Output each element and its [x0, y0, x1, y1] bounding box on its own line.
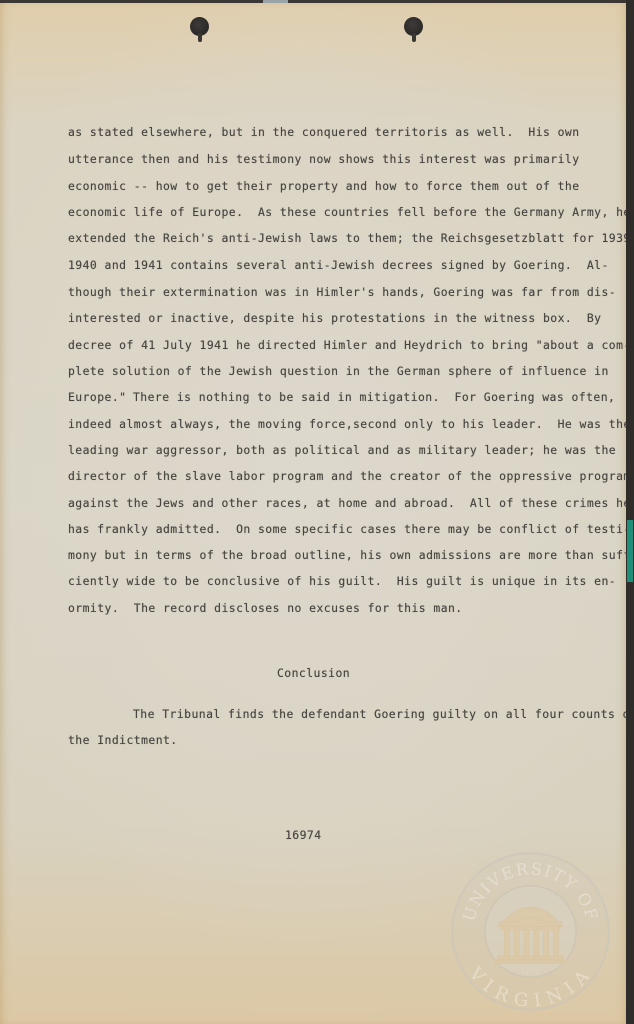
text-line: ormity. The record discloses no excuses … [68, 603, 463, 614]
text-line: though their extermination was in Himler… [68, 287, 616, 298]
text-line: director of the slave labor program and … [68, 471, 634, 482]
punch-hole-left [190, 17, 209, 36]
text-line: mony but in terms of the broad outline, … [68, 550, 634, 561]
text-line: ciently wide to be conclusive of his gui… [68, 576, 616, 587]
section-heading: Conclusion [277, 668, 350, 679]
seal-year: 1819 [521, 967, 540, 976]
university-seal-watermark: UNIVERSITY OF VIRGINIA 1819 [449, 850, 612, 1013]
scan-right-edge [626, 0, 634, 1024]
text-line: has frankly admitted. On some specific c… [68, 524, 631, 535]
text-line: interested or inactive, despite his prot… [68, 313, 601, 324]
text-line: Europe." [68, 392, 126, 403]
text-line: utterance then and his testimony now sho… [68, 154, 580, 165]
text-line: There is nothing to be said in mitigatio… [133, 392, 615, 403]
text-line: The Tribunal finds the defendant Goering… [133, 709, 634, 720]
page-number: 16974 [285, 830, 322, 841]
text-line: as stated elsewhere, but in the conquere… [68, 127, 580, 138]
typewritten-page: as stated elsewhere, but in the conquere… [0, 3, 626, 1024]
text-line: plete solution of the Jewish question in… [68, 366, 609, 377]
text-line: the Indictment. [68, 735, 178, 746]
scan-edge-marker [627, 520, 633, 582]
text-line: indeed almost always, the moving force,s… [68, 419, 631, 430]
text-line: decree of 41 July 1941 he directed Himle… [68, 340, 631, 351]
text-line: 1940 and 1941 contains several anti-Jewi… [68, 260, 609, 271]
text-line: economic -- how to get their property an… [68, 181, 580, 192]
text-line: leading war aggressor, both as political… [68, 445, 616, 456]
punch-hole-right [404, 17, 423, 36]
text-line: economic life of Europe. As these countr… [68, 207, 631, 218]
text-line: against the Jews and other races, at hom… [68, 498, 631, 509]
text-line: extended the Reich's anti-Jewish laws to… [68, 233, 634, 244]
